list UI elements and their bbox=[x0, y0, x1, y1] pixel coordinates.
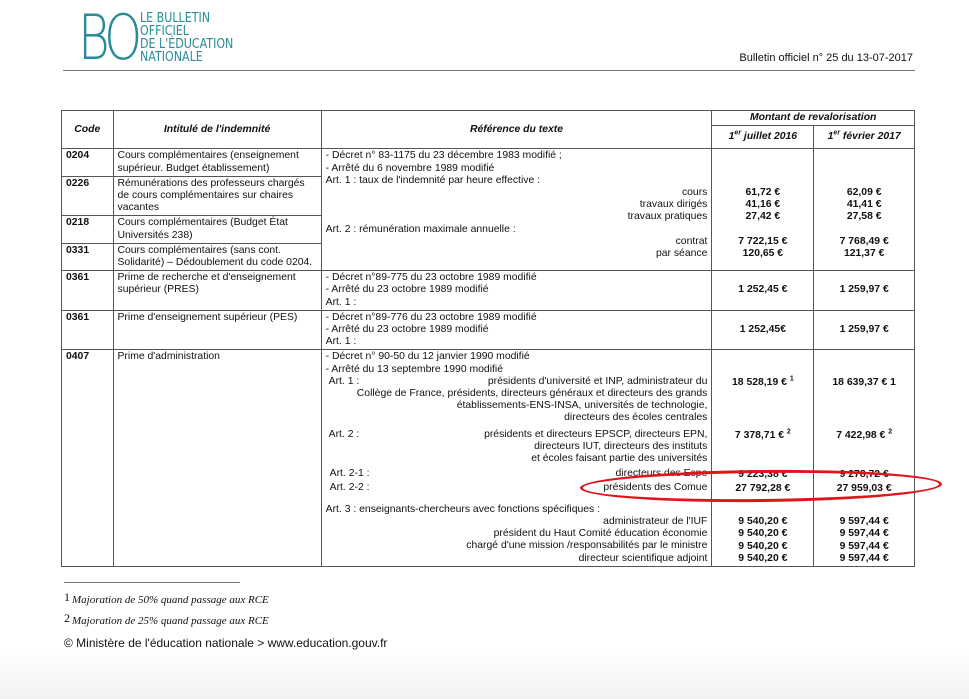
ref-item: cours bbox=[326, 187, 708, 199]
header-divider bbox=[63, 70, 915, 71]
ref-item: directeurs des écoles centrales bbox=[326, 412, 708, 424]
value: 27,42 € bbox=[716, 211, 809, 223]
bo-logo: BO LE BULLETIN OFFICIEL DE L'ÉDUCATION N… bbox=[78, 8, 254, 68]
value: 120,65 € bbox=[716, 248, 809, 260]
value: 9 540,20 € bbox=[716, 553, 809, 565]
ref-line: - Arrêté du 23 octobre 1989 modifié bbox=[326, 324, 708, 336]
ref-line: - Décret n° 90-50 du 12 janvier 1990 mod… bbox=[326, 351, 708, 363]
art-label: Art. 2-1 : bbox=[330, 468, 370, 480]
footnotes: 1Majoration de 50% quand passage aux RCE… bbox=[64, 588, 269, 630]
value: 61,72 € bbox=[716, 187, 809, 199]
cell-value-2017: 18 639,37 € 1 7 422,98 € 2 9 278,72 € 27… bbox=[814, 350, 915, 567]
bulletin-reference: Bulletin officiel n° 25 du 13-07-2017 bbox=[739, 52, 913, 64]
cell-intitule: Rémunérations des professeurs chargés de… bbox=[113, 176, 321, 216]
art-text: présidents d'université et INP, administ… bbox=[488, 376, 708, 388]
art2-block: Art. 2 : présidents et directeurs EPSCP,… bbox=[326, 429, 708, 441]
art-label: Art. 1 : bbox=[329, 376, 360, 388]
col-header-2016: 1er juillet 2016 bbox=[712, 126, 814, 149]
value: 9 223,38 € bbox=[716, 469, 809, 481]
ref-line: Art. 2 : rémunération maximale annuelle … bbox=[326, 224, 708, 236]
cell-intitule: Prime d'administration bbox=[113, 350, 321, 567]
value: 9 540,20 € bbox=[716, 528, 809, 540]
value: 7 722,15 € bbox=[716, 236, 809, 248]
ref-item: travaux dirigés bbox=[326, 199, 708, 211]
value: 18 528,19 € 1 bbox=[716, 377, 809, 389]
cell-value-2016: 61,72 € 41,16 € 27,42 € 7 722,15 € 120,6… bbox=[712, 149, 814, 271]
cell-value-2017: 1 259,97 € bbox=[814, 271, 915, 311]
value: 9 597,44 € bbox=[818, 516, 910, 528]
table-row: 0407 Prime d'administration - Décret n° … bbox=[62, 350, 915, 567]
ref-item: Collège de France, présidents, directeur… bbox=[326, 388, 708, 400]
cell-reference: - Décret n°89-775 du 23 octobre 1989 mod… bbox=[321, 271, 712, 311]
ref-item: administrateur de l'IUF bbox=[326, 516, 708, 528]
col-header-reference: Référence du texte bbox=[321, 111, 712, 149]
ref-item: directeurs IUT, directeurs des instituts bbox=[326, 441, 708, 453]
value: 7 422,98 € 2 bbox=[818, 430, 910, 442]
ref-item: contrat bbox=[326, 236, 708, 248]
value: 9 540,20 € bbox=[716, 516, 809, 528]
ref-line: Art. 1 : taux de l'indemnité par heure e… bbox=[326, 175, 708, 187]
value: 41,16 € bbox=[716, 199, 809, 211]
ref-line: Art. 1 : bbox=[326, 297, 708, 309]
value-highlighted: 27 792,28 € bbox=[716, 483, 809, 495]
cell-intitule: Cours complémentaires (sans cont. Solida… bbox=[113, 243, 321, 270]
value: 9 597,44 € bbox=[818, 553, 910, 565]
footnote: 1Majoration de 50% quand passage aux RCE bbox=[64, 588, 269, 609]
logo-mark: BO bbox=[78, 8, 125, 68]
logo-text: LE BULLETIN OFFICIEL DE L'ÉDUCATION NATI… bbox=[140, 12, 233, 64]
cell-code: 0361 bbox=[62, 271, 114, 311]
value: 121,37 € bbox=[818, 248, 910, 260]
cell-code: 0361 bbox=[62, 310, 114, 350]
cell-value-2016: 18 528,19 € 1 7 378,71 € 2 9 223,38 € 27… bbox=[712, 350, 814, 567]
value: 27,58 € bbox=[818, 211, 910, 223]
art1-block: Art. 1 : présidents d'université et INP,… bbox=[326, 376, 708, 388]
ref-line: Art. 1 : bbox=[326, 336, 708, 348]
ref-item: par séance bbox=[326, 248, 708, 260]
footnote: 2Majoration de 25% quand passage aux RCE bbox=[64, 609, 269, 630]
col-header-montant: Montant de revalorisation bbox=[712, 111, 915, 126]
table-row: 0361 Prime de recherche et d'enseignemen… bbox=[62, 271, 915, 311]
cell-intitule: Cours complémentaires (enseignement supé… bbox=[113, 149, 321, 176]
cell-code: 0226 bbox=[62, 176, 114, 216]
col-header-2017: 1er février 2017 bbox=[814, 126, 915, 149]
cell-code: 0204 bbox=[62, 149, 114, 176]
art-text: présidents des Comue bbox=[603, 482, 707, 494]
ref-line: - Décret n°89-775 du 23 octobre 1989 mod… bbox=[326, 272, 708, 284]
header-row: Code Intitulé de l'indemnité Référence d… bbox=[62, 111, 915, 126]
value: 18 639,37 € 1 bbox=[818, 377, 910, 389]
cell-value-2016: 1 252,45 € bbox=[712, 271, 814, 311]
ref-line: - Décret n°89-776 du 23 octobre 1989 mod… bbox=[326, 312, 708, 324]
ref-line: - Arrêté du 6 novembre 1989 modifié bbox=[326, 163, 708, 175]
ref-line: - Décret n° 83-1175 du 23 décembre 1983 … bbox=[326, 150, 708, 162]
copyright-footer: © Ministère de l'éducation nationale > w… bbox=[64, 636, 387, 650]
cell-value-2017: 62,09 € 41,41 € 27,58 € 7 768,49 € 121,3… bbox=[814, 149, 915, 271]
art2-1-block: Art. 2-1 : directeurs des Espe bbox=[326, 468, 708, 480]
cell-reference: - Décret n° 83-1175 du 23 décembre 1983 … bbox=[321, 149, 712, 271]
value-highlighted: 27 959,03 € bbox=[818, 483, 910, 495]
ref-line: - Arrêté du 23 octobre 1989 modifié bbox=[326, 284, 708, 296]
cell-value-2017: 1 259,97 € bbox=[814, 310, 915, 350]
ref-item: directeur scientifique adjoint bbox=[326, 553, 708, 565]
cell-intitule: Cours complémentaires (Budget État Unive… bbox=[113, 216, 321, 243]
ref-item: et écoles faisant partie des universités bbox=[326, 453, 708, 465]
art-label: Art. 2 : bbox=[329, 429, 360, 441]
ref-line: Art. 3 : enseignants-chercheurs avec fon… bbox=[326, 504, 708, 516]
cell-reference: - Décret n° 90-50 du 12 janvier 1990 mod… bbox=[321, 350, 712, 567]
art-label: Art. 2-2 : bbox=[330, 482, 370, 494]
cell-intitule: Prime d'enseignement supérieur (PES) bbox=[113, 310, 321, 350]
cell-code: 0331 bbox=[62, 243, 114, 270]
ref-item: chargé d'une mission /responsabilités pa… bbox=[326, 540, 708, 552]
cell-code: 0407 bbox=[62, 350, 114, 567]
value: 41,41 € bbox=[818, 199, 910, 211]
col-header-code: Code bbox=[62, 111, 114, 149]
ref-item: travaux pratiques bbox=[326, 211, 708, 223]
logo-line: NATIONALE bbox=[140, 51, 233, 64]
table-row: 0204 Cours complémentaires (enseignement… bbox=[62, 149, 915, 176]
cell-code: 0218 bbox=[62, 216, 114, 243]
indemnity-table: Code Intitulé de l'indemnité Référence d… bbox=[61, 110, 915, 567]
value: 7 378,71 € 2 bbox=[716, 430, 809, 442]
art2-2-block: Art. 2-2 : présidents des Comue bbox=[326, 482, 708, 494]
ref-item: établissements-ENS-INSA, universités de … bbox=[326, 400, 708, 412]
ref-line: - Arrêté du 13 septembre 1990 modifié bbox=[326, 364, 708, 376]
art-text: présidents et directeurs EPSCP, directeu… bbox=[484, 429, 707, 441]
value: 7 768,49 € bbox=[818, 236, 910, 248]
cell-intitule: Prime de recherche et d'enseignement sup… bbox=[113, 271, 321, 311]
col-header-intitule: Intitulé de l'indemnité bbox=[113, 111, 321, 149]
value: 9 540,20 € bbox=[716, 541, 809, 553]
table-row: 0361 Prime d'enseignement supérieur (PES… bbox=[62, 310, 915, 350]
footnote-divider bbox=[64, 582, 240, 583]
value: 62,09 € bbox=[818, 187, 910, 199]
cell-reference: - Décret n°89-776 du 23 octobre 1989 mod… bbox=[321, 310, 712, 350]
value: 9 597,44 € bbox=[818, 541, 910, 553]
ref-item: président du Haut Comité éducation écono… bbox=[326, 528, 708, 540]
value: 9 278,72 € bbox=[818, 469, 910, 481]
art-text: directeurs des Espe bbox=[616, 468, 708, 480]
value: 9 597,44 € bbox=[818, 528, 910, 540]
cell-value-2016: 1 252,45€ bbox=[712, 310, 814, 350]
